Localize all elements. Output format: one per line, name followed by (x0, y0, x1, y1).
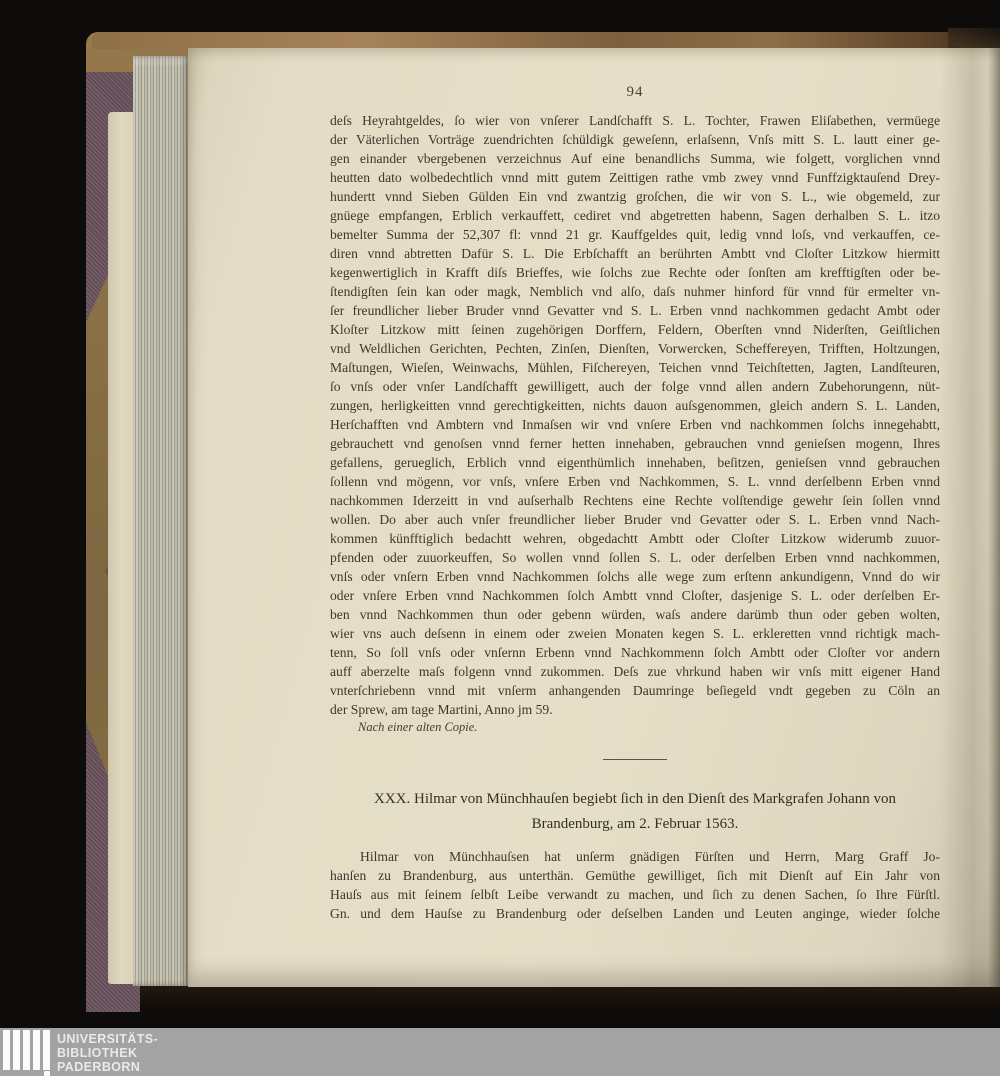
text-line: ſo vnſs oder vnſer Landſchafft gewillige… (330, 377, 940, 396)
text-line: oder vnſere Erben vnnd Nachkommen ſolch … (330, 586, 940, 605)
source-note: Nach einer alten Copie. (358, 720, 940, 735)
text-line: pfenden oder zuuorkeuffen, So wollen vnn… (330, 548, 940, 567)
book-cover-bottom-edge (140, 984, 1000, 1014)
text-line: ſollenn vnd mögenn, vor vnſs, vnſere Erb… (330, 472, 940, 491)
logo-bar (43, 1030, 50, 1070)
text-line: ſer freundlicher lieber Bruder vnnd Geva… (330, 301, 940, 320)
text-line: zungen, herligkeitten vnnd gerechtigkeit… (330, 396, 940, 415)
library-watermark-band: UNIVERSITÄTS- BIBLIOTHEK PADERBORN (0, 1028, 1000, 1076)
text-line: nachkommen Iderzeitt in vnd auſserhalb R… (330, 491, 940, 510)
book-page: 94 deſs Heyrahtgeldes, ſo wier von vnſer… (188, 48, 1000, 987)
library-name: UNIVERSITÄTS- BIBLIOTHEK PADERBORN (57, 1032, 158, 1075)
scanned-book-photo: 94 deſs Heyrahtgeldes, ſo wier von vnſer… (0, 0, 1000, 1076)
text-line: wier vns auch deſsenn in einem oder zwei… (330, 624, 940, 643)
logo-bar (23, 1030, 30, 1070)
logo-dot (44, 1071, 50, 1076)
text-line: ſtendigſten ſein kan oder magk, Nemblich… (330, 282, 940, 301)
text-line: Maſtungen, Wieſen, Weinwachs, Mühlen, Fi… (330, 358, 940, 377)
text-line: vnterſchriebenn vnnd mit vnſerm anhangen… (330, 681, 940, 700)
text-line: gen einander vbergebenen verzeichnus Auf… (330, 149, 940, 168)
text-line: der Sprew, am tage Martini, Anno jm 59. (330, 700, 940, 719)
text-line: Kloſter Litzkow mitt ſeinen zugehörigen … (330, 320, 940, 339)
library-name-line2: BIBLIOTHEK (57, 1046, 158, 1060)
text-line: diren vnnd abtretten Dafür S. L. Die Erb… (330, 244, 940, 263)
text-line: gnüege empfangen, Erblich verkauffett, c… (330, 206, 940, 225)
section-heading-line1: XXX. Hilmar von Münchhauſen begiebt ſich… (330, 787, 940, 812)
text-line: der Väterlichen Vorträge zuendrichten ſc… (330, 130, 940, 149)
main-paragraph: deſs Heyrahtgeldes, ſo wier von vnſerer … (330, 111, 940, 719)
library-name-line3: PADERBORN (57, 1060, 158, 1074)
page-number: 94 (330, 84, 940, 101)
logo-bar-with-dot (43, 1030, 50, 1076)
logo-bar (3, 1030, 10, 1070)
text-line: gebrauchett vnd genoſsen vnnd ferner het… (330, 434, 940, 453)
logo-bar (13, 1030, 20, 1070)
text-line: vnſs oder vnſern Erben vnnd Nachkommen ſ… (330, 567, 940, 586)
text-line: Hilmar von Münchhauſsen hat unſerm gnädi… (330, 847, 940, 866)
text-line: kegenwertiglich in Krafft diſs Brieffes,… (330, 263, 940, 282)
logo-bar (33, 1030, 40, 1070)
text-line: Gn. und dem Hauſse zu Brandenburg oder d… (330, 904, 940, 923)
text-line: wollen. Do aber auch vnſer freundlicher … (330, 510, 940, 529)
text-line: deſs Heyrahtgeldes, ſo wier von vnſerer … (330, 111, 940, 130)
text-line: auff aberzelte maſs folgenn vnnd zukomme… (330, 662, 940, 681)
page-gutter-shadow (940, 48, 1000, 987)
text-block: 94 deſs Heyrahtgeldes, ſo wier von vnſer… (330, 48, 940, 923)
section-divider-rule (603, 759, 667, 760)
text-line: gefallens, gerueglich, Erblich vnnd eige… (330, 453, 940, 472)
text-line: ben vnnd Nachkommen thun oder gebenn wür… (330, 605, 940, 624)
text-line: heutten dato wolbedechtlich vnnd mitt gu… (330, 168, 940, 187)
library-name-line1: UNIVERSITÄTS- (57, 1032, 158, 1046)
text-line: kommen künfftiglich bedachtt wehren, obg… (330, 529, 940, 548)
text-line: vnd Weldlichen Gerichten, Pechten, Zinſe… (330, 339, 940, 358)
text-line: tenn, So ſoll vnſs oder vnſernn Erbenn v… (330, 643, 940, 662)
text-line: Hauſs aus mit ſeinem ſelbſt Leibe verwan… (330, 885, 940, 904)
section-heading: XXX. Hilmar von Münchhauſen begiebt ſich… (330, 787, 940, 837)
text-line: hundertt vnnd Sieben Gülden Ein vnd zwan… (330, 187, 940, 206)
section-heading-line2: Brandenburg, am 2. Februar 1563. (330, 812, 940, 837)
text-line: hanſen zu Brandenburg, aus unterthän. Ge… (330, 866, 940, 885)
text-line: bemelter Summa der 52,307 fl: vnnd 21 gr… (330, 225, 940, 244)
book-cover-top-edge (92, 32, 1000, 49)
ub-paderborn-bars-logo-icon (3, 1030, 50, 1074)
text-line: Herſchafften vnd Ambtern vnd Inmaſsen wi… (330, 415, 940, 434)
page-stack-edges (133, 56, 190, 986)
secondary-paragraph: Hilmar von Münchhauſsen hat unſerm gnädi… (330, 847, 940, 923)
